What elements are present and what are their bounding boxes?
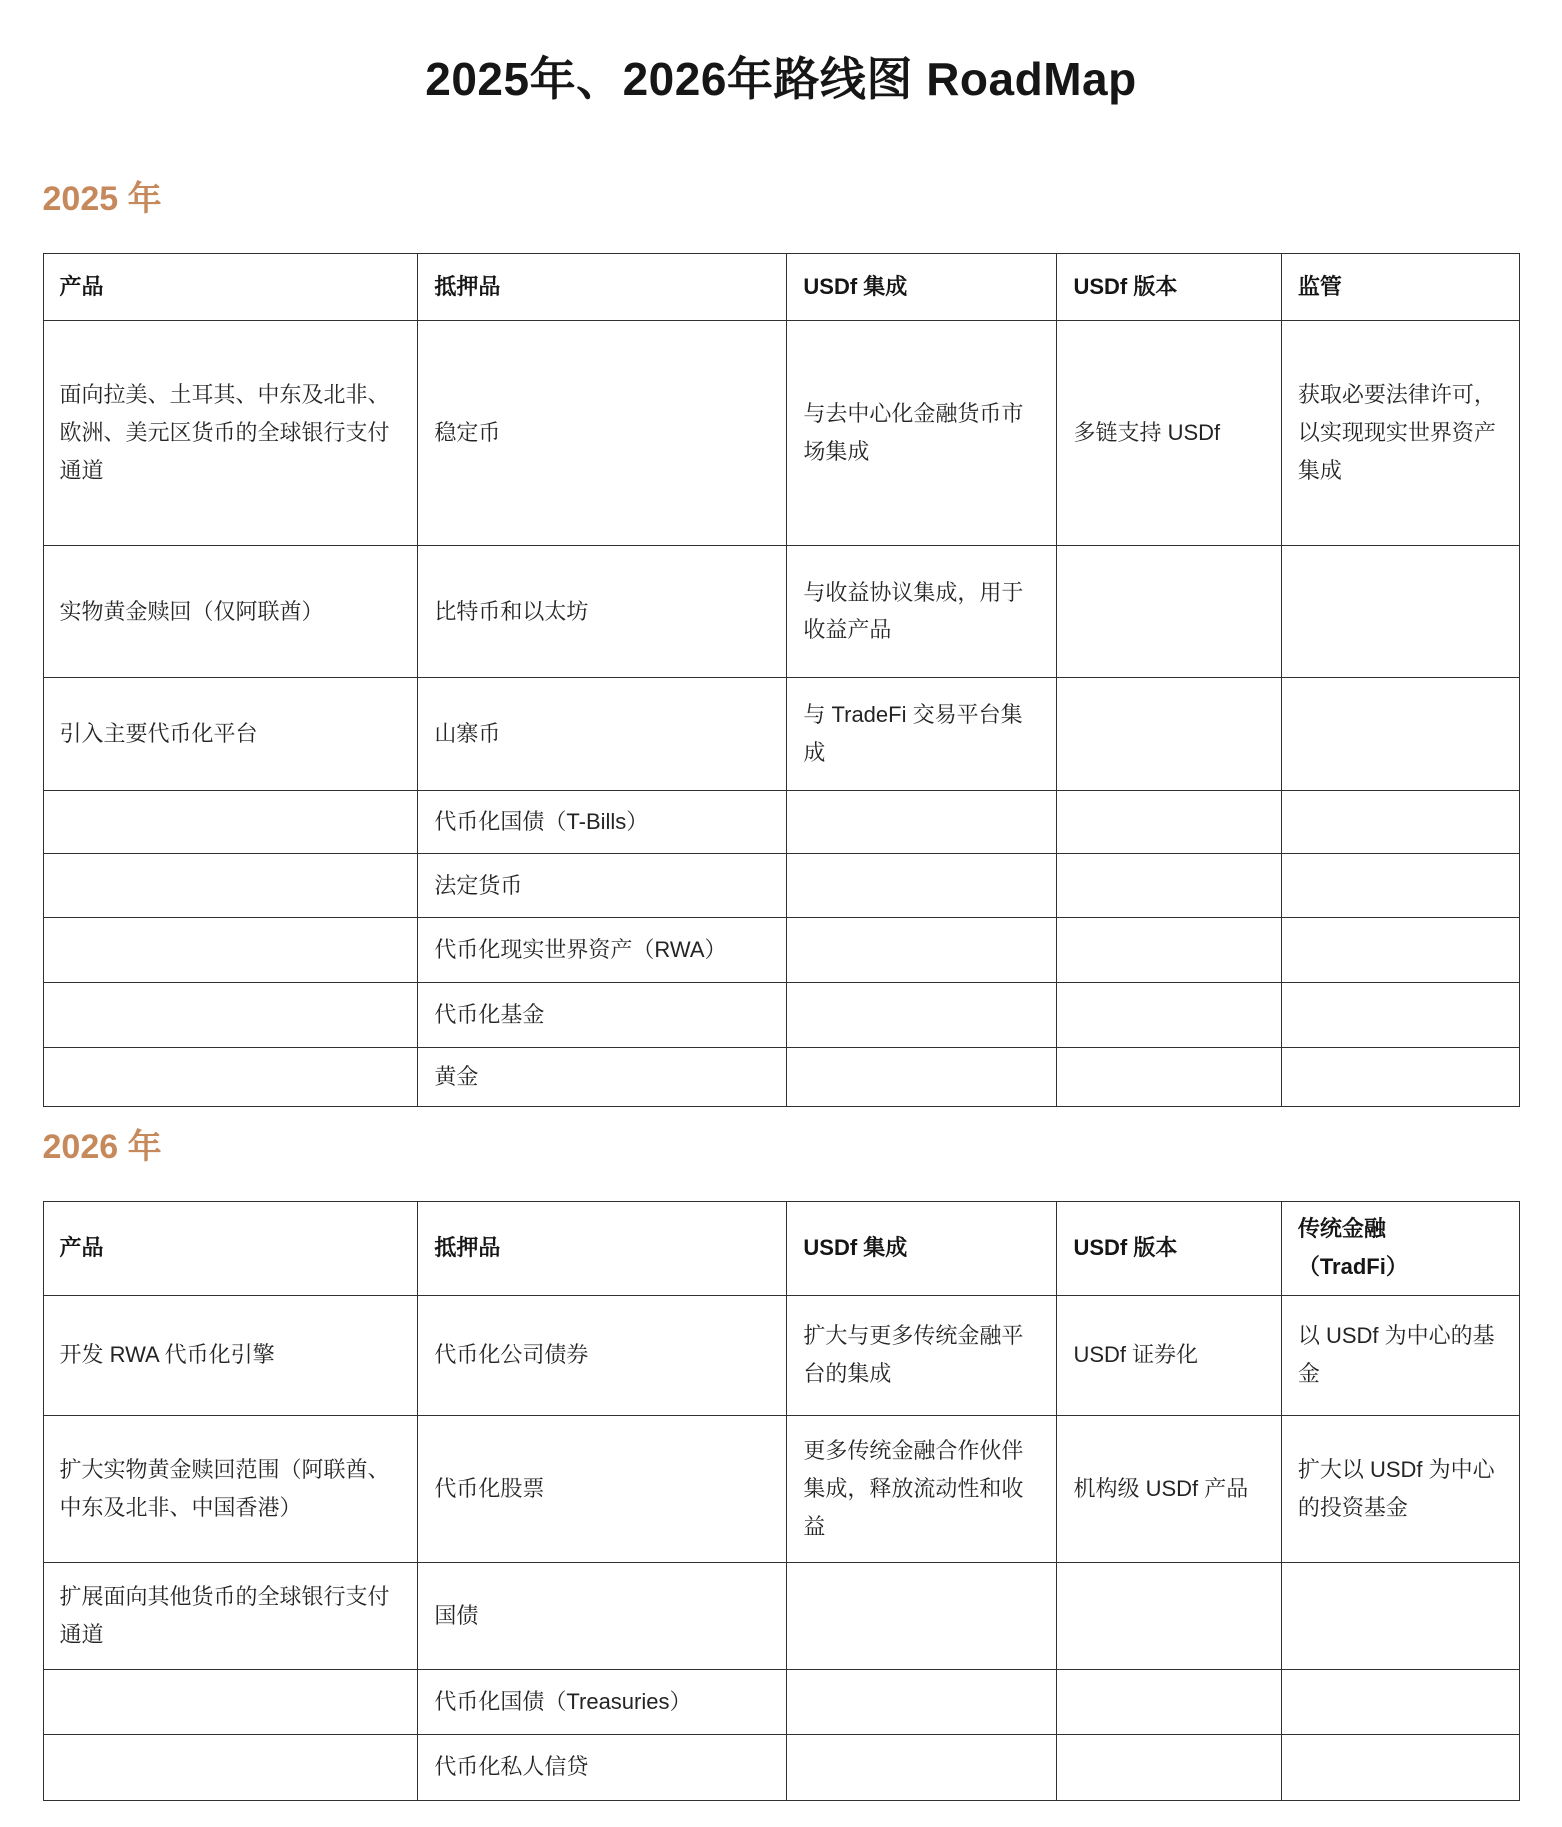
table-cell: 扩大与更多传统金融平台的集成 [787,1295,1057,1415]
table-row: 开发 RWA 代币化引擎代币化公司债券扩大与更多传统金融平台的集成USDf 证券… [43,1295,1519,1415]
table-cell: 代币化公司债券 [418,1295,787,1415]
table-cell: 代币化股票 [418,1415,787,1562]
table-cell: 面向拉美、土耳其、中东及北非、欧洲、美元区货币的全球银行支付通道 [43,320,418,545]
table-cell [1057,677,1281,790]
table-cell [43,853,418,917]
document-page: 2025年、2026年路线图 RoadMap 2025 年 产品抵押品USDf … [43,52,1520,1801]
header-row: 产品抵押品USDf 集成USDf 版本监管 [43,253,1519,320]
table-cell [1281,545,1519,677]
table-cell [1057,545,1281,677]
table-row: 法定货币 [43,853,1519,917]
table-cell [1281,790,1519,853]
table-body-2026: 开发 RWA 代币化引擎代币化公司债券扩大与更多传统金融平台的集成USDf 证券… [43,1295,1519,1800]
table-row: 代币化基金 [43,982,1519,1047]
table-cell [787,790,1057,853]
table-cell: 国债 [418,1562,787,1669]
table-cell: 引入主要代币化平台 [43,677,418,790]
table-cell [1057,853,1281,917]
table-cell: USDf 证券化 [1057,1295,1281,1415]
table-cell [1057,1562,1281,1669]
column-header: 产品 [43,1201,418,1295]
table-cell: 黄金 [418,1047,787,1106]
table-cell [1057,790,1281,853]
table-cell [43,917,418,982]
table-cell [43,1047,418,1106]
table-cell [787,917,1057,982]
table-row: 代币化国债（Treasuries） [43,1669,1519,1734]
table-cell: 法定货币 [418,853,787,917]
column-header: USDf 集成 [787,253,1057,320]
table-cell [1057,1047,1281,1106]
table-cell [1281,1047,1519,1106]
table-cell [787,1669,1057,1734]
table-cell [1281,1734,1519,1800]
table-cell: 多链支持 USDf [1057,320,1281,545]
table-cell: 更多传统金融合作伙伴集成，释放流动性和收益 [787,1415,1057,1562]
table-row: 代币化国债（T-Bills） [43,790,1519,853]
table-cell [1281,917,1519,982]
column-header: 抵押品 [418,1201,787,1295]
table-cell: 比特币和以太坊 [418,545,787,677]
table-cell: 获取必要法律许可，以实现现实世界资产集成 [1281,320,1519,545]
table-cell [43,1669,418,1734]
table-cell [1057,982,1281,1047]
table-cell [1281,853,1519,917]
table-cell: 扩展面向其他货币的全球银行支付通道 [43,1562,418,1669]
table-cell [43,790,418,853]
table-cell: 开发 RWA 代币化引擎 [43,1295,418,1415]
table-row: 面向拉美、土耳其、中东及北非、欧洲、美元区货币的全球银行支付通道稳定币与去中心化… [43,320,1519,545]
table-row: 实物黄金赎回（仅阿联酋）比特币和以太坊与收益协议集成，用于收益产品 [43,545,1519,677]
table-cell: 代币化现实世界资产（RWA） [418,917,787,982]
column-header: USDf 集成 [787,1201,1057,1295]
table-row: 代币化现实世界资产（RWA） [43,917,1519,982]
table-cell: 与去中心化金融货币市场集成 [787,320,1057,545]
table-cell [1281,677,1519,790]
table-header-2026: 产品抵押品USDf 集成USDf 版本传统金融 （TradFi） [43,1201,1519,1295]
table-cell [787,1734,1057,1800]
table-cell [1281,1669,1519,1734]
table-row: 代币化私人信贷 [43,1734,1519,1800]
roadmap-table-2025: 产品抵押品USDf 集成USDf 版本监管 面向拉美、土耳其、中东及北非、欧洲、… [43,253,1520,1107]
section-heading-2026: 2026 年 [43,1127,1520,1168]
header-row: 产品抵押品USDf 集成USDf 版本传统金融 （TradFi） [43,1201,1519,1295]
table-cell: 代币化基金 [418,982,787,1047]
table-row: 扩展面向其他货币的全球银行支付通道国债 [43,1562,1519,1669]
table-cell [1057,917,1281,982]
table-header-2025: 产品抵押品USDf 集成USDf 版本监管 [43,253,1519,320]
table-cell [1281,1562,1519,1669]
table-row: 引入主要代币化平台山寨币与 TradeFi 交易平台集成 [43,677,1519,790]
table-cell: 稳定币 [418,320,787,545]
table-cell: 与 TradeFi 交易平台集成 [787,677,1057,790]
roadmap-table-2026: 产品抵押品USDf 集成USDf 版本传统金融 （TradFi） 开发 RWA … [43,1201,1520,1801]
table-body-2025: 面向拉美、土耳其、中东及北非、欧洲、美元区货币的全球银行支付通道稳定币与去中心化… [43,320,1519,1106]
column-header: 抵押品 [418,253,787,320]
table-cell [787,1562,1057,1669]
column-header: USDf 版本 [1057,1201,1281,1295]
table-cell: 实物黄金赎回（仅阿联酋） [43,545,418,677]
column-header: 产品 [43,253,418,320]
table-cell: 扩大实物黄金赎回范围（阿联酋、中东及北非、中国香港） [43,1415,418,1562]
table-cell: 代币化国债（T-Bills） [418,790,787,853]
table-cell [787,1047,1057,1106]
table-cell [787,982,1057,1047]
table-cell: 机构级 USDf 产品 [1057,1415,1281,1562]
table-cell [1281,982,1519,1047]
table-cell: 代币化国债（Treasuries） [418,1669,787,1734]
table-row: 黄金 [43,1047,1519,1106]
table-cell [43,982,418,1047]
table-cell [43,1734,418,1800]
table-cell: 扩大以 USDf 为中心的投资基金 [1281,1415,1519,1562]
column-header: USDf 版本 [1057,253,1281,320]
column-header: 监管 [1281,253,1519,320]
table-row: 扩大实物黄金赎回范围（阿联酋、中东及北非、中国香港）代币化股票更多传统金融合作伙… [43,1415,1519,1562]
page-title: 2025年、2026年路线图 RoadMap [43,52,1520,107]
table-cell: 与收益协议集成，用于收益产品 [787,545,1057,677]
table-cell: 代币化私人信贷 [418,1734,787,1800]
table-cell: 山寨币 [418,677,787,790]
table-cell: 以 USDf 为中心的基金 [1281,1295,1519,1415]
column-header: 传统金融 （TradFi） [1281,1201,1519,1295]
table-cell [1057,1734,1281,1800]
section-heading-2025: 2025 年 [43,179,1520,220]
table-cell [1057,1669,1281,1734]
table-cell [787,853,1057,917]
